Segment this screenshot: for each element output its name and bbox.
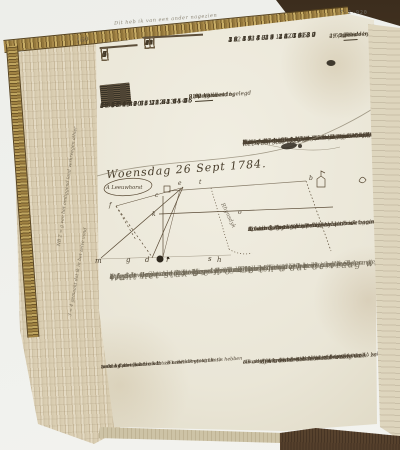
text-line: Zo dat ieder omtrent zyn deel even groot… [243,132,370,147]
calc-line: 41 midden ingelegd [195,91,252,101]
text-line: trekt k t. dan is s b a = b a k t. dat d… [101,357,213,371]
pencil-text-block: e f g d = o b c n Deze figuur is geteeke… [109,257,391,273]
cell: 6 [101,47,109,60]
archive-corner-mark: 7-2-920 [340,11,368,16]
magic-square-3x3: 492357816 [100,44,138,49]
page-number: 160 [76,35,89,44]
calc-line: 25 midden [339,31,368,39]
page-content: Dit heb ik van een ander nagezien 492357… [95,21,400,440]
number-row: 46 15 40 9 34 3 28 [228,32,312,45]
notebook-photo: 7-2-920 160 NB 2 = g van het omliggend l… [0,0,400,450]
text-line: of h e t b a = b s a. dat de vraag was. [261,352,367,367]
cell: 15 [144,37,154,48]
ink-text-block: Het is mij eenige tyd een oud stuk wisko… [243,131,389,140]
ink-text-block-2: uit een gegeven punt daar by quam de zoo… [248,218,394,227]
text-line: te vellen, het vee met d'r hebben. [248,221,344,234]
date-heading: Woensdag 26 Sept 1784. [106,157,267,181]
magic-square-5x5: 1124720341225816175132191018114222361921… [143,34,203,39]
text-line: Want het stuk b c n o = b t h a dat de v… [109,259,387,284]
